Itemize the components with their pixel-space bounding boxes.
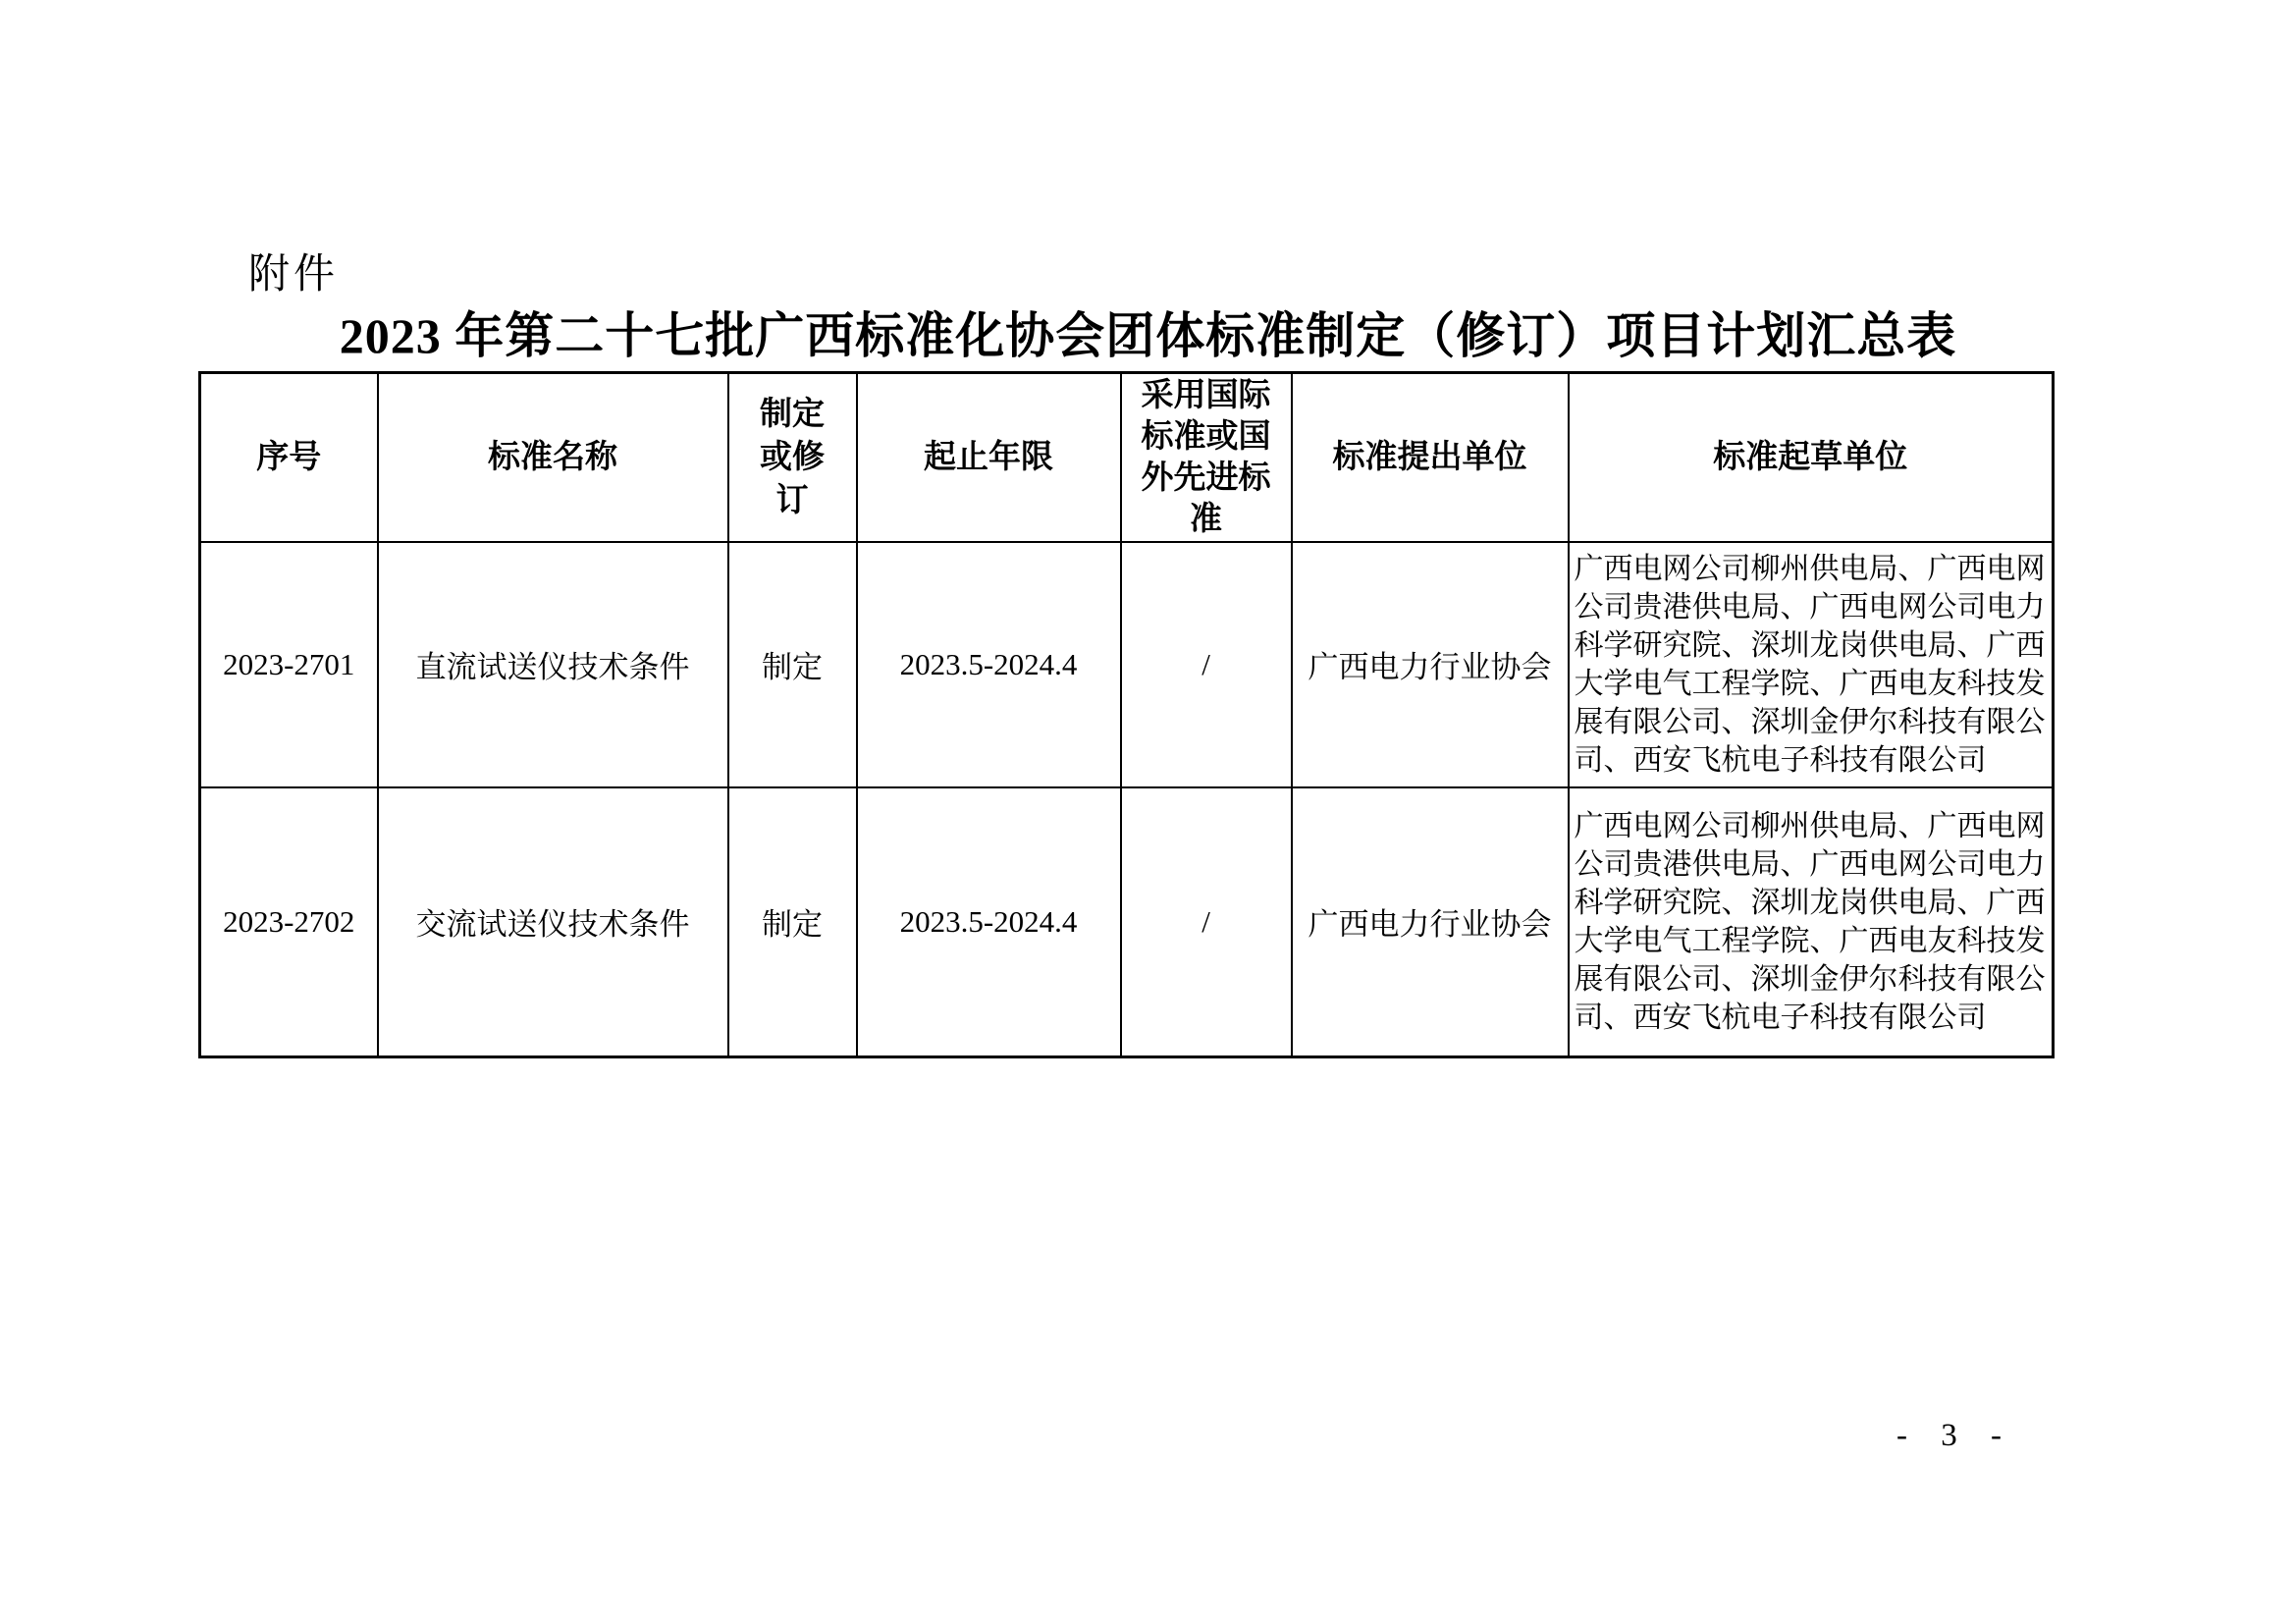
cell-serial: 2023-2702 [200,787,378,1057]
table-header-row: 序号 标准名称 制定或修订 起止年限 采用国际标准或国外先进标准 标准提出单位 … [200,373,2054,542]
attachment-label: 附件 [248,242,339,300]
cell-serial: 2023-2701 [200,542,378,787]
cell-proposing-unit: 广西电力行业协会 [1292,787,1569,1057]
cell-formulate-or-revise: 制定 [728,542,857,787]
header-formulate-or-revise: 制定或修订 [728,373,857,542]
standards-plan-table: 序号 标准名称 制定或修订 起止年限 采用国际标准或国外先进标准 标准提出单位 … [198,371,2055,1058]
cell-standard-name: 直流试送仪技术条件 [378,542,728,787]
cell-international-standard: / [1121,542,1292,787]
header-international-standard: 采用国际标准或国外先进标准 [1121,373,1292,542]
document-page: 附件 2023 年第二十七批广西标准化协会团体标准制定（修订）项目计划汇总表 序… [0,0,2296,1624]
table-row: 2023-2701 直流试送仪技术条件 制定 2023.5-2024.4 / 广… [200,542,2054,787]
cell-drafting-unit: 广西电网公司柳州供电局、广西电网公司贵港供电局、广西电网公司电力科学研究院、深圳… [1569,542,2054,787]
cell-international-standard: / [1121,787,1292,1057]
header-formulate-or-revise-label: 制定或修订 [759,393,826,522]
cell-duration: 2023.5-2024.4 [857,787,1121,1057]
cell-drafting-unit: 广西电网公司柳州供电局、广西电网公司贵港供电局、广西电网公司电力科学研究院、深圳… [1569,787,2054,1057]
table-row: 2023-2702 交流试送仪技术条件 制定 2023.5-2024.4 / 广… [200,787,2054,1057]
header-drafting-unit: 标准起草单位 [1569,373,2054,542]
header-proposing-unit: 标准提出单位 [1292,373,1569,542]
cell-formulate-or-revise: 制定 [728,787,857,1057]
cell-standard-name: 交流试送仪技术条件 [378,787,728,1057]
page-number: - 3 - [1896,1418,2010,1454]
header-duration: 起止年限 [857,373,1121,542]
header-serial: 序号 [200,373,378,542]
header-international-standard-label: 采用国际标准或国外先进标准 [1141,375,1272,540]
cell-proposing-unit: 广西电力行业协会 [1292,542,1569,787]
header-standard-name: 标准名称 [378,373,728,542]
cell-duration: 2023.5-2024.4 [857,542,1121,787]
page-title: 2023 年第二十七批广西标准化协会团体标准制定（修订）项目计划汇总表 [0,297,2296,367]
